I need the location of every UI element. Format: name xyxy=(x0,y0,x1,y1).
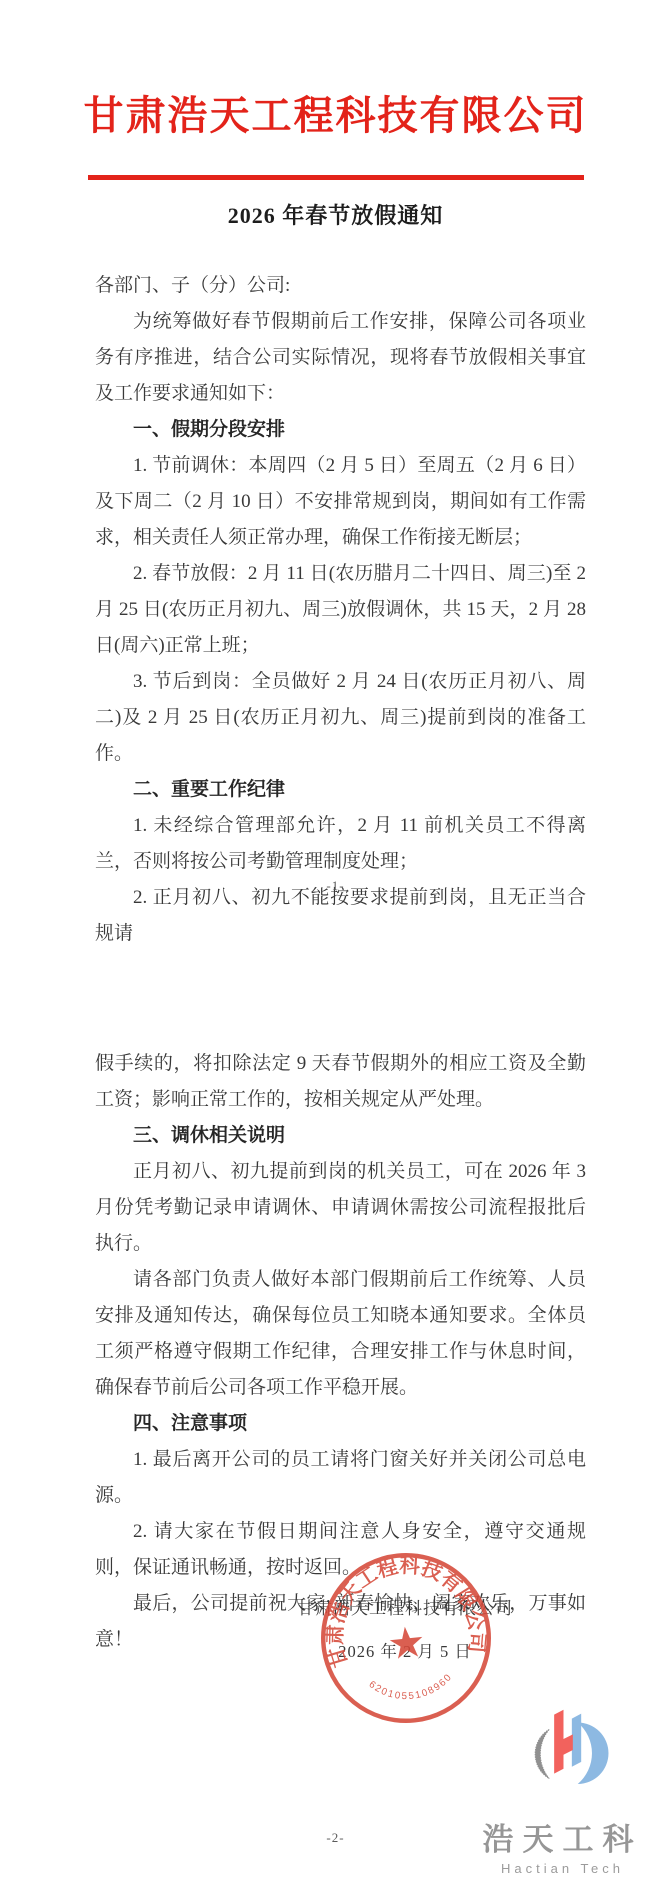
paragraph: 各部门、子（分）公司: xyxy=(95,268,586,304)
page2-body: 假手续的，将扣除法定 9 天春节假期外的相应工资及全勤工资；影响正常工作的，按相… xyxy=(95,1046,586,1658)
logo-red-crossbar xyxy=(563,1734,573,1755)
signature-block: 甘肃浩天工程科技有限公司 2026 年 2 月 5 日 xyxy=(250,1594,560,1662)
notice-title: 2026 年春节放假通知 xyxy=(0,199,671,230)
paragraph: 1. 最后离开公司的员工请将门窗关好并关闭公司总电源。 xyxy=(95,1442,586,1514)
paragraph: 2. 请大家在节假日期间注意人身安全，遵守交通规则，保证通讯畅通，按时返回。 xyxy=(95,1514,586,1586)
svg-text:6201055108960: 6201055108960 xyxy=(366,1671,457,1707)
company-letterhead: 甘肃浩天工程科技有限公司 xyxy=(0,84,671,141)
paragraph: 请各部门负责人做好本部门假期前后工作统筹、人员安排及通知传达，确保每位员工知晓本… xyxy=(95,1262,586,1406)
page1-body: 各部门、子（分）公司:为统筹做好春节假期前后工作安排，保障公司各项业务有序推进，… xyxy=(95,268,586,952)
paragraph: 为统筹做好春节假期前后工作安排，保障公司各项业务有序推进，结合公司实际情况，现将… xyxy=(95,304,586,412)
signature-company: 甘肃浩天工程科技有限公司 xyxy=(250,1594,560,1619)
logo-gray-swoosh xyxy=(535,1729,549,1778)
logo-red-bar xyxy=(554,1710,563,1774)
paragraph: 二、重要工作纪律 xyxy=(95,772,586,808)
paragraph: 1. 节前调休：本周四（2 月 5 日）至周五（2 月 6 日）及下周二（2 月… xyxy=(95,448,586,556)
page-number-1: -1- xyxy=(0,878,671,894)
paragraph: 四、注意事项 xyxy=(95,1406,586,1442)
paragraph: 正月初八、初九提前到岗的机关员工，可在 2026 年 3 月份凭考勤记录申请调休… xyxy=(95,1154,586,1262)
logo-watermark: 浩天工科 Hactian Tech xyxy=(455,1694,670,1876)
paragraph: 一、假期分段安排 xyxy=(95,412,586,448)
letterhead-divider xyxy=(88,175,584,180)
logo-blue-swoosh xyxy=(577,1723,608,1784)
page-number-2: -2- xyxy=(0,1830,671,1846)
paragraph: 2. 春节放假：2 月 11 日(农历腊月二十四日、周三)至 2 月 25 日(… xyxy=(95,556,586,664)
paragraph: 假手续的，将扣除法定 9 天春节假期外的相应工资及全勤工资；影响正常工作的，按相… xyxy=(95,1046,586,1118)
signature-date: 2026 年 2 月 5 日 xyxy=(250,1638,560,1662)
paragraph: 3. 节后到岗：全员做好 2 月 24 日(农历正月初八、周二)及 2 月 25… xyxy=(95,664,586,772)
seal-serial-number: 6201055108960 xyxy=(366,1671,457,1707)
logo-en-text: Hactian Tech xyxy=(455,1861,670,1876)
logo-blue-bar xyxy=(571,1714,580,1767)
paragraph: 三、调休相关说明 xyxy=(95,1118,586,1154)
paragraph: 1. 未经综合管理部允许，2 月 11 前机关员工不得离兰，否则将按公司考勤管理… xyxy=(95,808,586,880)
haotian-logo-icon xyxy=(504,1694,622,1812)
